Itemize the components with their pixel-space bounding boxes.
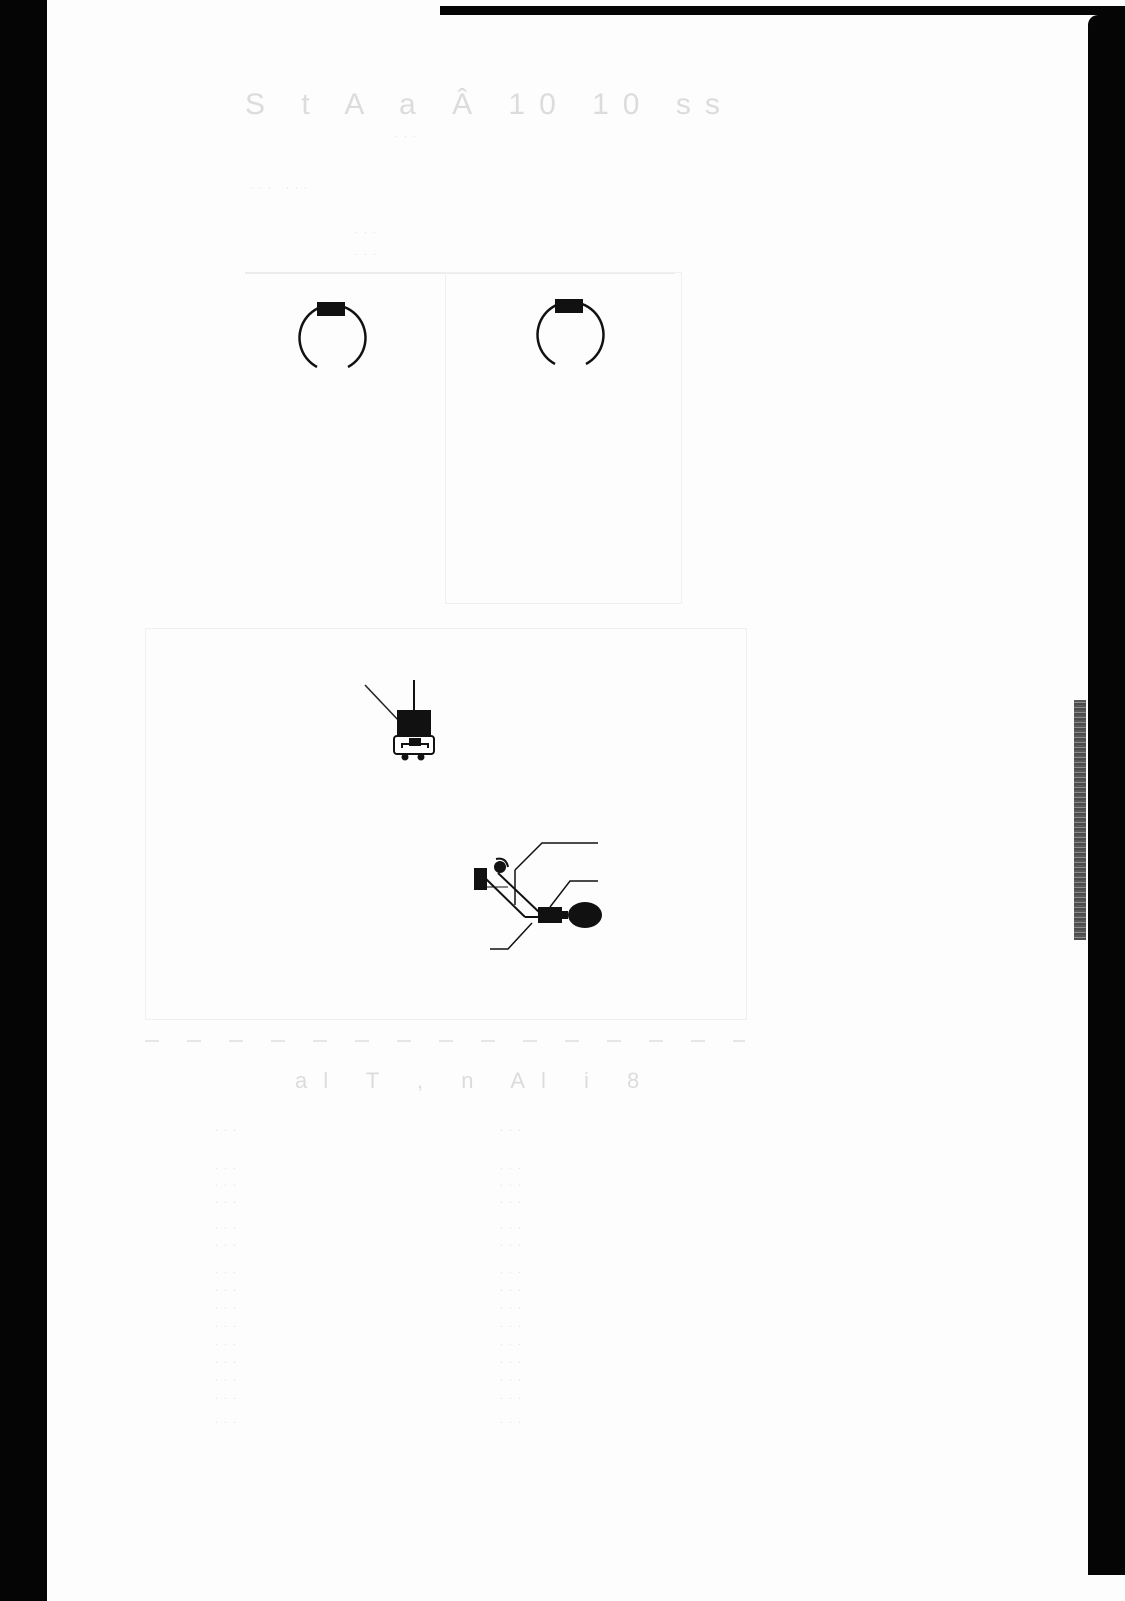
socket-icon [538, 907, 562, 923]
switch-body-icon [397, 710, 431, 738]
table-row-left: ... [215, 1352, 242, 1367]
scan-right-edge [1088, 15, 1125, 1575]
table-row-right: ... [500, 1218, 527, 1233]
table-row-left: ... [215, 1120, 242, 1135]
callout-line [365, 685, 400, 722]
table-row-left: ... [215, 1192, 242, 1207]
table-row-left: ... [215, 1334, 242, 1349]
table-row-left: ... [215, 1218, 242, 1233]
table-row-right: ... [500, 1352, 527, 1367]
arm-upper-icon [498, 873, 540, 913]
table-row-left: ... [215, 1175, 242, 1190]
callout-line [515, 843, 598, 870]
lamp-assembly-figure [470, 845, 630, 965]
arm-lower-icon [484, 877, 525, 917]
table-row-left: ... [215, 1316, 242, 1331]
table-row-left: ... [215, 1158, 242, 1173]
table-row-right: ... [500, 1158, 527, 1173]
bulb-neck-icon [560, 911, 568, 919]
table-row-left: ... [215, 1280, 242, 1295]
dashed-divider [145, 1040, 745, 1042]
pivot-icon [494, 861, 506, 873]
table-row-right: ... [500, 1262, 527, 1277]
switch-pin-icon [402, 754, 409, 761]
table-row-right: ... [500, 1280, 527, 1295]
switch-pin-icon [418, 754, 425, 761]
scan-right-bleed [1074, 700, 1086, 940]
callout-line [490, 923, 532, 949]
table-row-right: ... [500, 1412, 527, 1427]
table-row-right: ... [500, 1388, 527, 1403]
table-row-left: ... [215, 1235, 242, 1250]
toggle-switch-figure [355, 680, 465, 790]
table-row-right: ... [500, 1192, 527, 1207]
table-row-left: ... [215, 1262, 242, 1277]
table-row-left: ... [215, 1298, 242, 1313]
section-title: al T , n Al i 8 [295, 1068, 655, 1094]
scan-top-edge [440, 6, 1125, 15]
heading-line: ... ... [250, 178, 313, 193]
paragraph-line-1: ... [355, 222, 382, 237]
table-row-left: ... [215, 1412, 242, 1427]
paragraph-line-2: ... [355, 244, 382, 259]
table-row-right: ... [500, 1175, 527, 1190]
table-row-right: ... [500, 1316, 527, 1331]
table-row-right: ... [500, 1298, 527, 1313]
table-row-right: ... [500, 1334, 527, 1349]
bulb-icon [568, 902, 602, 928]
ring-clip-left-figure [290, 295, 380, 385]
table-row-right: ... [500, 1235, 527, 1250]
switch-terminal-icon [409, 738, 421, 746]
document-title: S t A a Â 10 10 ss [245, 88, 734, 122]
scan-left-edge [0, 0, 47, 1601]
document-subtitle: ... [395, 126, 422, 141]
table-row-right: ... [500, 1120, 527, 1135]
table-row-right: ... [500, 1370, 527, 1385]
table-row-left: ... [215, 1370, 242, 1385]
ring-clip-right-figure [530, 292, 620, 382]
table-row-left: ... [215, 1388, 242, 1403]
